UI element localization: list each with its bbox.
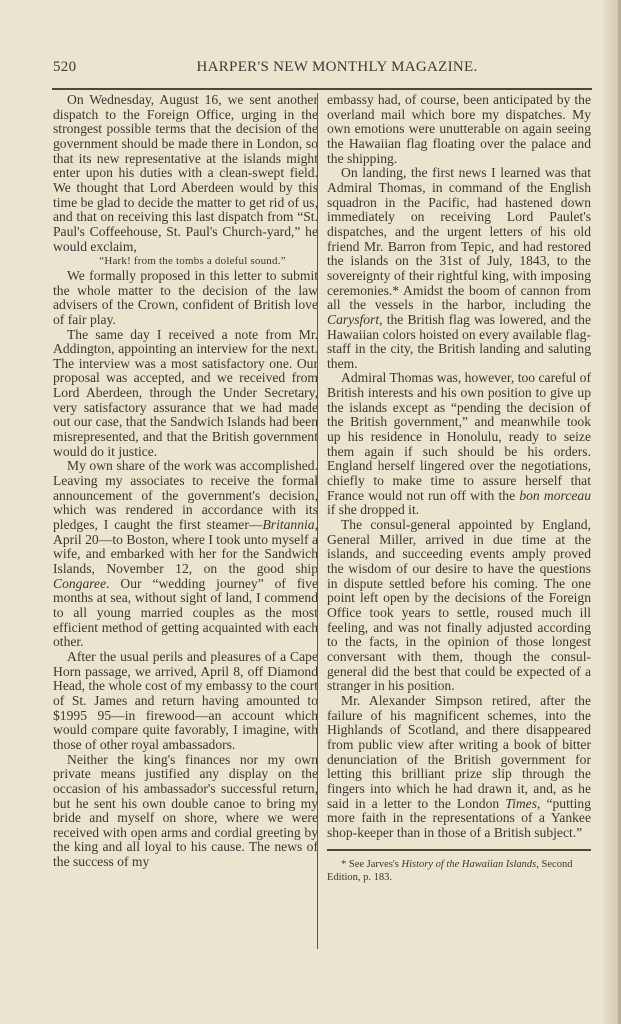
paragraph: On Wednesday, August 16, we sent another… (53, 93, 318, 254)
text-run: if she dropped it. (327, 502, 419, 517)
running-title: HARPER'S NEW MONTHLY MAGAZINE. (52, 59, 592, 76)
footnote: * See Jarves's History of the Hawaiian I… (327, 858, 591, 884)
paragraph: We formally proposed in this letter to s… (53, 269, 318, 328)
text-run: On landing, the first news I learned was… (327, 165, 591, 312)
paragraph: The consul-general appointed by England,… (327, 518, 591, 694)
page-header: 520 HARPER'S NEW MONTHLY MAGAZINE. (52, 59, 592, 77)
footnote-rule (327, 849, 591, 851)
foreign-phrase: bon morceau (519, 488, 591, 503)
left-column: On Wednesday, August 16, we sent another… (53, 93, 318, 870)
text-run: Mr. Alexander Simpson retired, after the… (327, 693, 591, 811)
text-run: Admiral Thomas was, however, too careful… (327, 370, 591, 502)
right-column: embassy had, of course, been anticipated… (327, 93, 591, 884)
ship-name: Britannia (262, 517, 314, 532)
paragraph: Mr. Alexander Simpson retired, after the… (327, 694, 591, 841)
paragraph: My own share of the work was accomplishe… (53, 459, 318, 650)
header-rule (52, 88, 592, 90)
column-divider (317, 93, 318, 949)
footnote-marker: * See Jarves's (341, 859, 402, 870)
epigraph-quote: “Hark! from the tombs a doleful sound.” (53, 254, 318, 269)
paragraph: On landing, the first news I learned was… (327, 166, 591, 371)
paragraph: The same day I received a note from Mr. … (53, 328, 318, 460)
paragraph: After the usual perils and pleasures of … (53, 650, 318, 753)
ship-name: Carysfort (327, 312, 379, 327)
newspaper-name: Times (505, 796, 537, 811)
book-title: History of the Hawaiian Islands (402, 859, 537, 870)
paragraph: Neither the king's finances nor my own p… (53, 753, 318, 870)
ship-name: Congaree (53, 576, 106, 591)
paragraph: embassy had, of course, been anticipated… (327, 93, 591, 166)
paragraph: Admiral Thomas was, however, too careful… (327, 371, 591, 518)
